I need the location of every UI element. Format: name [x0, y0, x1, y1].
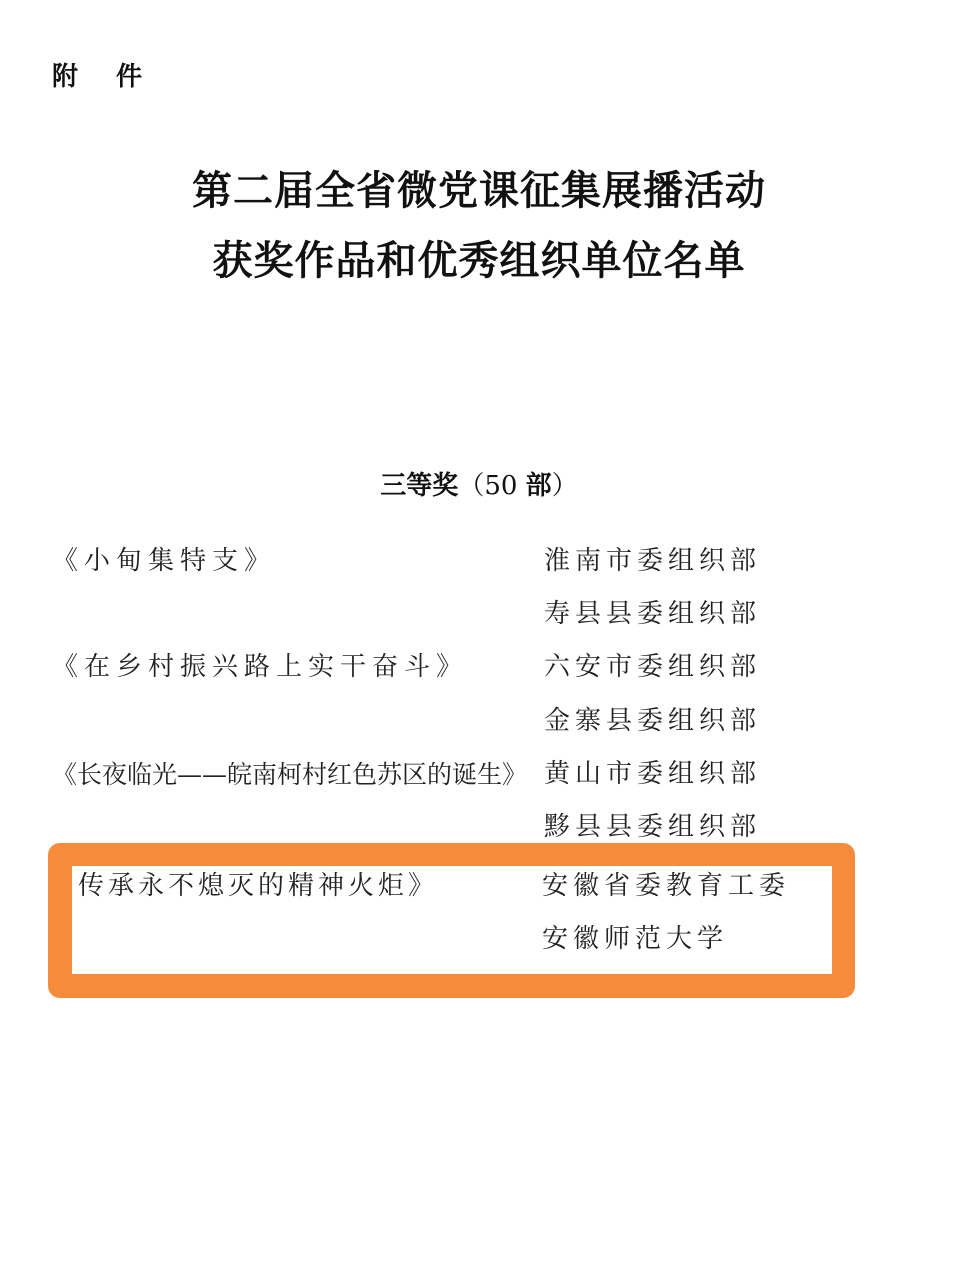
organizer: 寿县县委组织部: [544, 601, 761, 627]
document-title-line-1: 第二届全省微党课征集展播活动: [0, 171, 958, 211]
work-title: 《在乡村振兴路上实干奋斗》: [52, 654, 468, 680]
attachment-label: 附件: [52, 56, 180, 93]
document-title-line-2: 获奖作品和优秀组织单位名单: [0, 241, 958, 281]
work-title: 《小甸集特支》: [52, 548, 276, 574]
organizer: 黄山市委组织部: [544, 761, 761, 787]
section-heading-third-prize: 三等奖（50 部）: [0, 465, 958, 502]
section-count-close: ）: [552, 471, 578, 501]
section-count-open: （50: [458, 471, 525, 501]
highlighted-work-title: 传承永不熄灭的精神火炬》: [78, 873, 438, 899]
section-name: 三等奖: [380, 471, 458, 501]
highlighted-organizer: 安徽师范大学: [542, 926, 728, 952]
work-title: 《长夜临光——皖南柯村红色苏区的诞生》: [52, 762, 527, 787]
section-count-unit: 部: [526, 471, 552, 501]
highlighted-organizer: 安徽省委教育工委: [542, 873, 790, 899]
organizer: 淮南市委组织部: [544, 548, 761, 574]
organizer: 金寨县委组织部: [544, 708, 761, 734]
organizer: 黟县县委组织部: [544, 814, 761, 840]
organizer: 六安市委组织部: [544, 654, 761, 680]
